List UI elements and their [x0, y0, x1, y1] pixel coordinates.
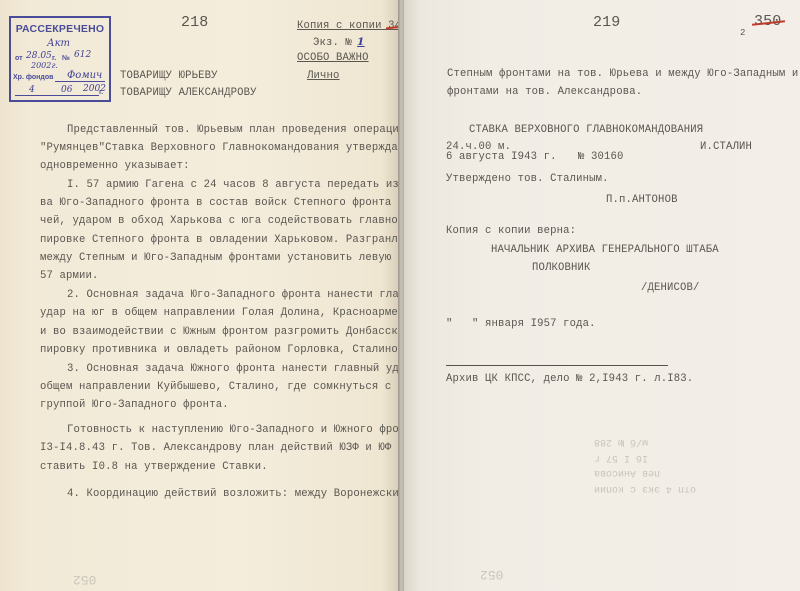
bleed-through-number: 052	[73, 572, 96, 587]
addressee-2: ТОВАРИЩУ АЛЕКСАНДРОВУ	[120, 87, 257, 99]
body-line: фронтами на тов. Александрова.	[447, 86, 642, 98]
antonov-signature: П.п.АНТОНОВ	[606, 194, 678, 206]
bleed-through-line: м/б № 288	[594, 436, 648, 447]
copy-old-number: 349	[388, 20, 398, 32]
separator-line	[446, 365, 668, 366]
body-line: 3. Основная задача Южного фронта нанести…	[67, 363, 398, 375]
stamp-month: 06	[61, 85, 72, 95]
stamp-number-label: №	[62, 55, 70, 62]
rank: ПОЛКОВНИК	[532, 262, 591, 274]
page-number: 218	[181, 17, 208, 29]
certification-date: " " января I957 года.	[446, 318, 596, 330]
stamp-title: РАССЕКРЕЧЕНО	[15, 23, 105, 35]
bleed-through-line: I6 I 57 г	[594, 452, 648, 463]
declassified-stamp: РАССЕКРЕЧЕНО Акт от 28.05 г. № 612 2002г…	[9, 16, 111, 102]
body-line: 4. Координацию действий возложить: между…	[67, 488, 398, 500]
stamp-fund-label: Хр. фондов	[13, 74, 53, 81]
addressee-1: ТОВАРИЩУ ЮРЬЕВУ	[120, 70, 218, 82]
archive-head: НАЧАЛЬНИК АРХИВА ГЕНЕРАЛЬНОГО ШТАБА	[491, 244, 719, 256]
page-number: 219	[593, 17, 620, 29]
copy-number-value: 1	[352, 36, 370, 48]
stamp-from-label: от	[15, 55, 23, 62]
certified-copy: Копия с копии верна:	[446, 225, 576, 237]
body-line: Представленный тов. Юрьевым план проведе…	[67, 124, 398, 136]
body-line: "Румянцев"Ставка Верховного Главнокоманд…	[40, 142, 398, 154]
old-page-number: 350	[754, 16, 781, 28]
body-line: и во взаимодействии с Южным фронтом разг…	[40, 326, 398, 338]
body-line: пировку противника и овладеть районом Го…	[40, 344, 398, 356]
stamp-day: 4	[29, 85, 35, 95]
order-number: № 30160	[578, 151, 624, 163]
body-line: ставить I0.8 на утверждение Ставки.	[40, 461, 268, 473]
body-line: ва Юго-Западного фронта в состав войск С…	[40, 197, 398, 209]
body-line: пировке Степного фронта в овладении Харь…	[40, 234, 398, 246]
right-page: 219 2 350 Степным фронтами на тов. Юрьев…	[404, 0, 800, 591]
order-date: 6 августа I943 г.	[446, 151, 557, 163]
stamp-number: 612	[74, 50, 91, 60]
copy-number: Экз. №1	[313, 36, 370, 49]
stamp-fund-signature: Фомич	[67, 70, 102, 81]
body-line: I. 57 армию Гагена с 24 часов 8 августа …	[67, 179, 398, 191]
body-line: 57 армии.	[40, 270, 99, 282]
body-line: чей, ударом в обход Харькова с юга содей…	[40, 215, 398, 227]
body-line: общем направлении Куйбышево, Сталино, гд…	[40, 381, 398, 393]
approved-note: Утверждено тов. Сталиным.	[446, 173, 609, 185]
bleed-through-line: пев Анисова	[594, 467, 660, 478]
stamp-from-date: 28.05	[26, 51, 52, 61]
copy-label: Копия с копии 349	[297, 20, 398, 32]
stamp-year: 2002г.	[31, 61, 58, 70]
sheet-mark: 2	[740, 27, 746, 39]
signatory: И.СТАЛИН	[700, 141, 752, 153]
left-page: РАССЕКРЕЧЕНО Акт от 28.05 г. № 612 2002г…	[0, 0, 398, 591]
body-line: Готовность к наступлению Юго-Западного и…	[67, 424, 398, 436]
personal-mark: Лично	[307, 70, 340, 82]
body-line: между Степным и Юго-Западным фронтами ус…	[40, 252, 398, 264]
archive-reference: Архив ЦК КПСС, дело № 2,I943 г. л.I83.	[446, 373, 693, 385]
body-line: группой Юго-Западного фронта.	[40, 399, 229, 411]
name-denisov: /ДЕНИСОВ/	[641, 282, 700, 294]
bleed-through-number: 052	[480, 567, 503, 582]
body-line: одновременно указывает:	[40, 160, 190, 172]
body-line: 2. Основная задача Юго-Западного фронта …	[67, 289, 398, 301]
bleed-through-line: отп 4 экз с копии	[594, 483, 696, 494]
classification: ОСОБО ВАЖНО	[297, 52, 369, 64]
body-line: удар на юг в общем направлении Голая Дол…	[40, 307, 398, 319]
stavka-header: СТАВКА ВЕРХОВНОГО ГЛАВНОКОМАНДОВАНИЯ	[469, 124, 703, 136]
body-line: Степным фронтами на тов. Юрьева и между …	[447, 68, 800, 80]
body-line: I3-I4.8.43 г. Тов. Александрову план дей…	[40, 442, 398, 454]
stamp-year2-suffix: г.	[99, 89, 103, 96]
stamp-act: Акт	[47, 38, 70, 49]
